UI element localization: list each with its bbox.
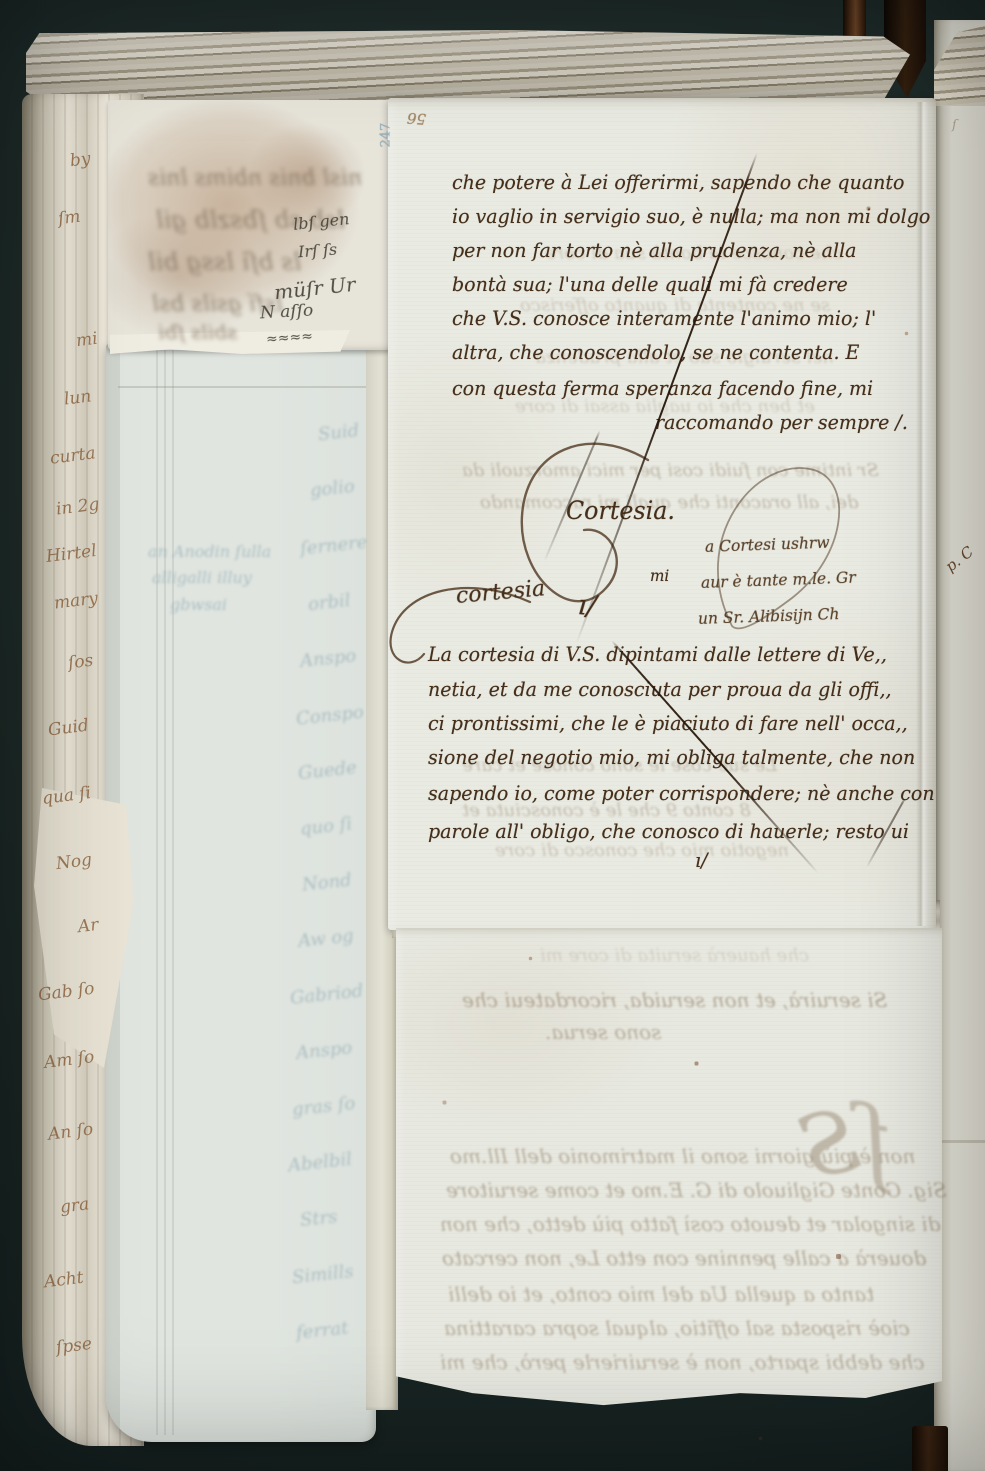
page-catchword: ı/: [695, 848, 707, 872]
letter-line: parole all' obligo, che conosco di hauer…: [428, 819, 909, 843]
letter-line: che V.S. conosce interamente l'animo mio…: [452, 306, 876, 330]
letter-line: per non far torto nè alla prudenza, nè a…: [452, 238, 856, 262]
book-clasp-strap-bottom: [912, 1426, 948, 1471]
letter-line: La cortesia di V.S. dipintami dalle lett…: [428, 642, 887, 666]
letter-closing-line: raccomando per sempre /.: [655, 410, 908, 434]
catchword-mi: mi: [650, 566, 669, 585]
letter-line: con questa ferma speranza facendo fine, …: [452, 376, 873, 400]
letter-line: bontà sua; l'una delle quali mi fà crede…: [452, 272, 848, 296]
lower-letter-page: [396, 928, 942, 1410]
archive-photo: nisl bnis nbims lnislsb sb ſbszlb gills …: [0, 0, 985, 1471]
underlying-blank-page: [106, 344, 376, 1442]
left-page-top-edge-line: [118, 386, 368, 388]
left-page-fold-creases: [150, 350, 180, 1435]
folio-number: 56: [406, 109, 426, 128]
archival-blue-mark: 247: [379, 123, 394, 148]
letter-line: che potere à Lei offerirmi, sapendo che …: [452, 170, 904, 194]
ink-specks: [0, 0, 1, 1]
letter-line: sione del negotio mio, mi obliga talment…: [428, 745, 915, 769]
letter-line: io vaglio in servigio suo, è nulla; ma n…: [452, 204, 930, 228]
stained-letter-fragment: [108, 100, 392, 350]
letter-line: sapendo io, come poter corrispondere; nè…: [428, 781, 935, 805]
letter-line: ci prontissimi, che le è piaciuto di far…: [428, 711, 908, 735]
letter-line: altra, che conoscendolo, se ne contenta.…: [452, 340, 859, 364]
